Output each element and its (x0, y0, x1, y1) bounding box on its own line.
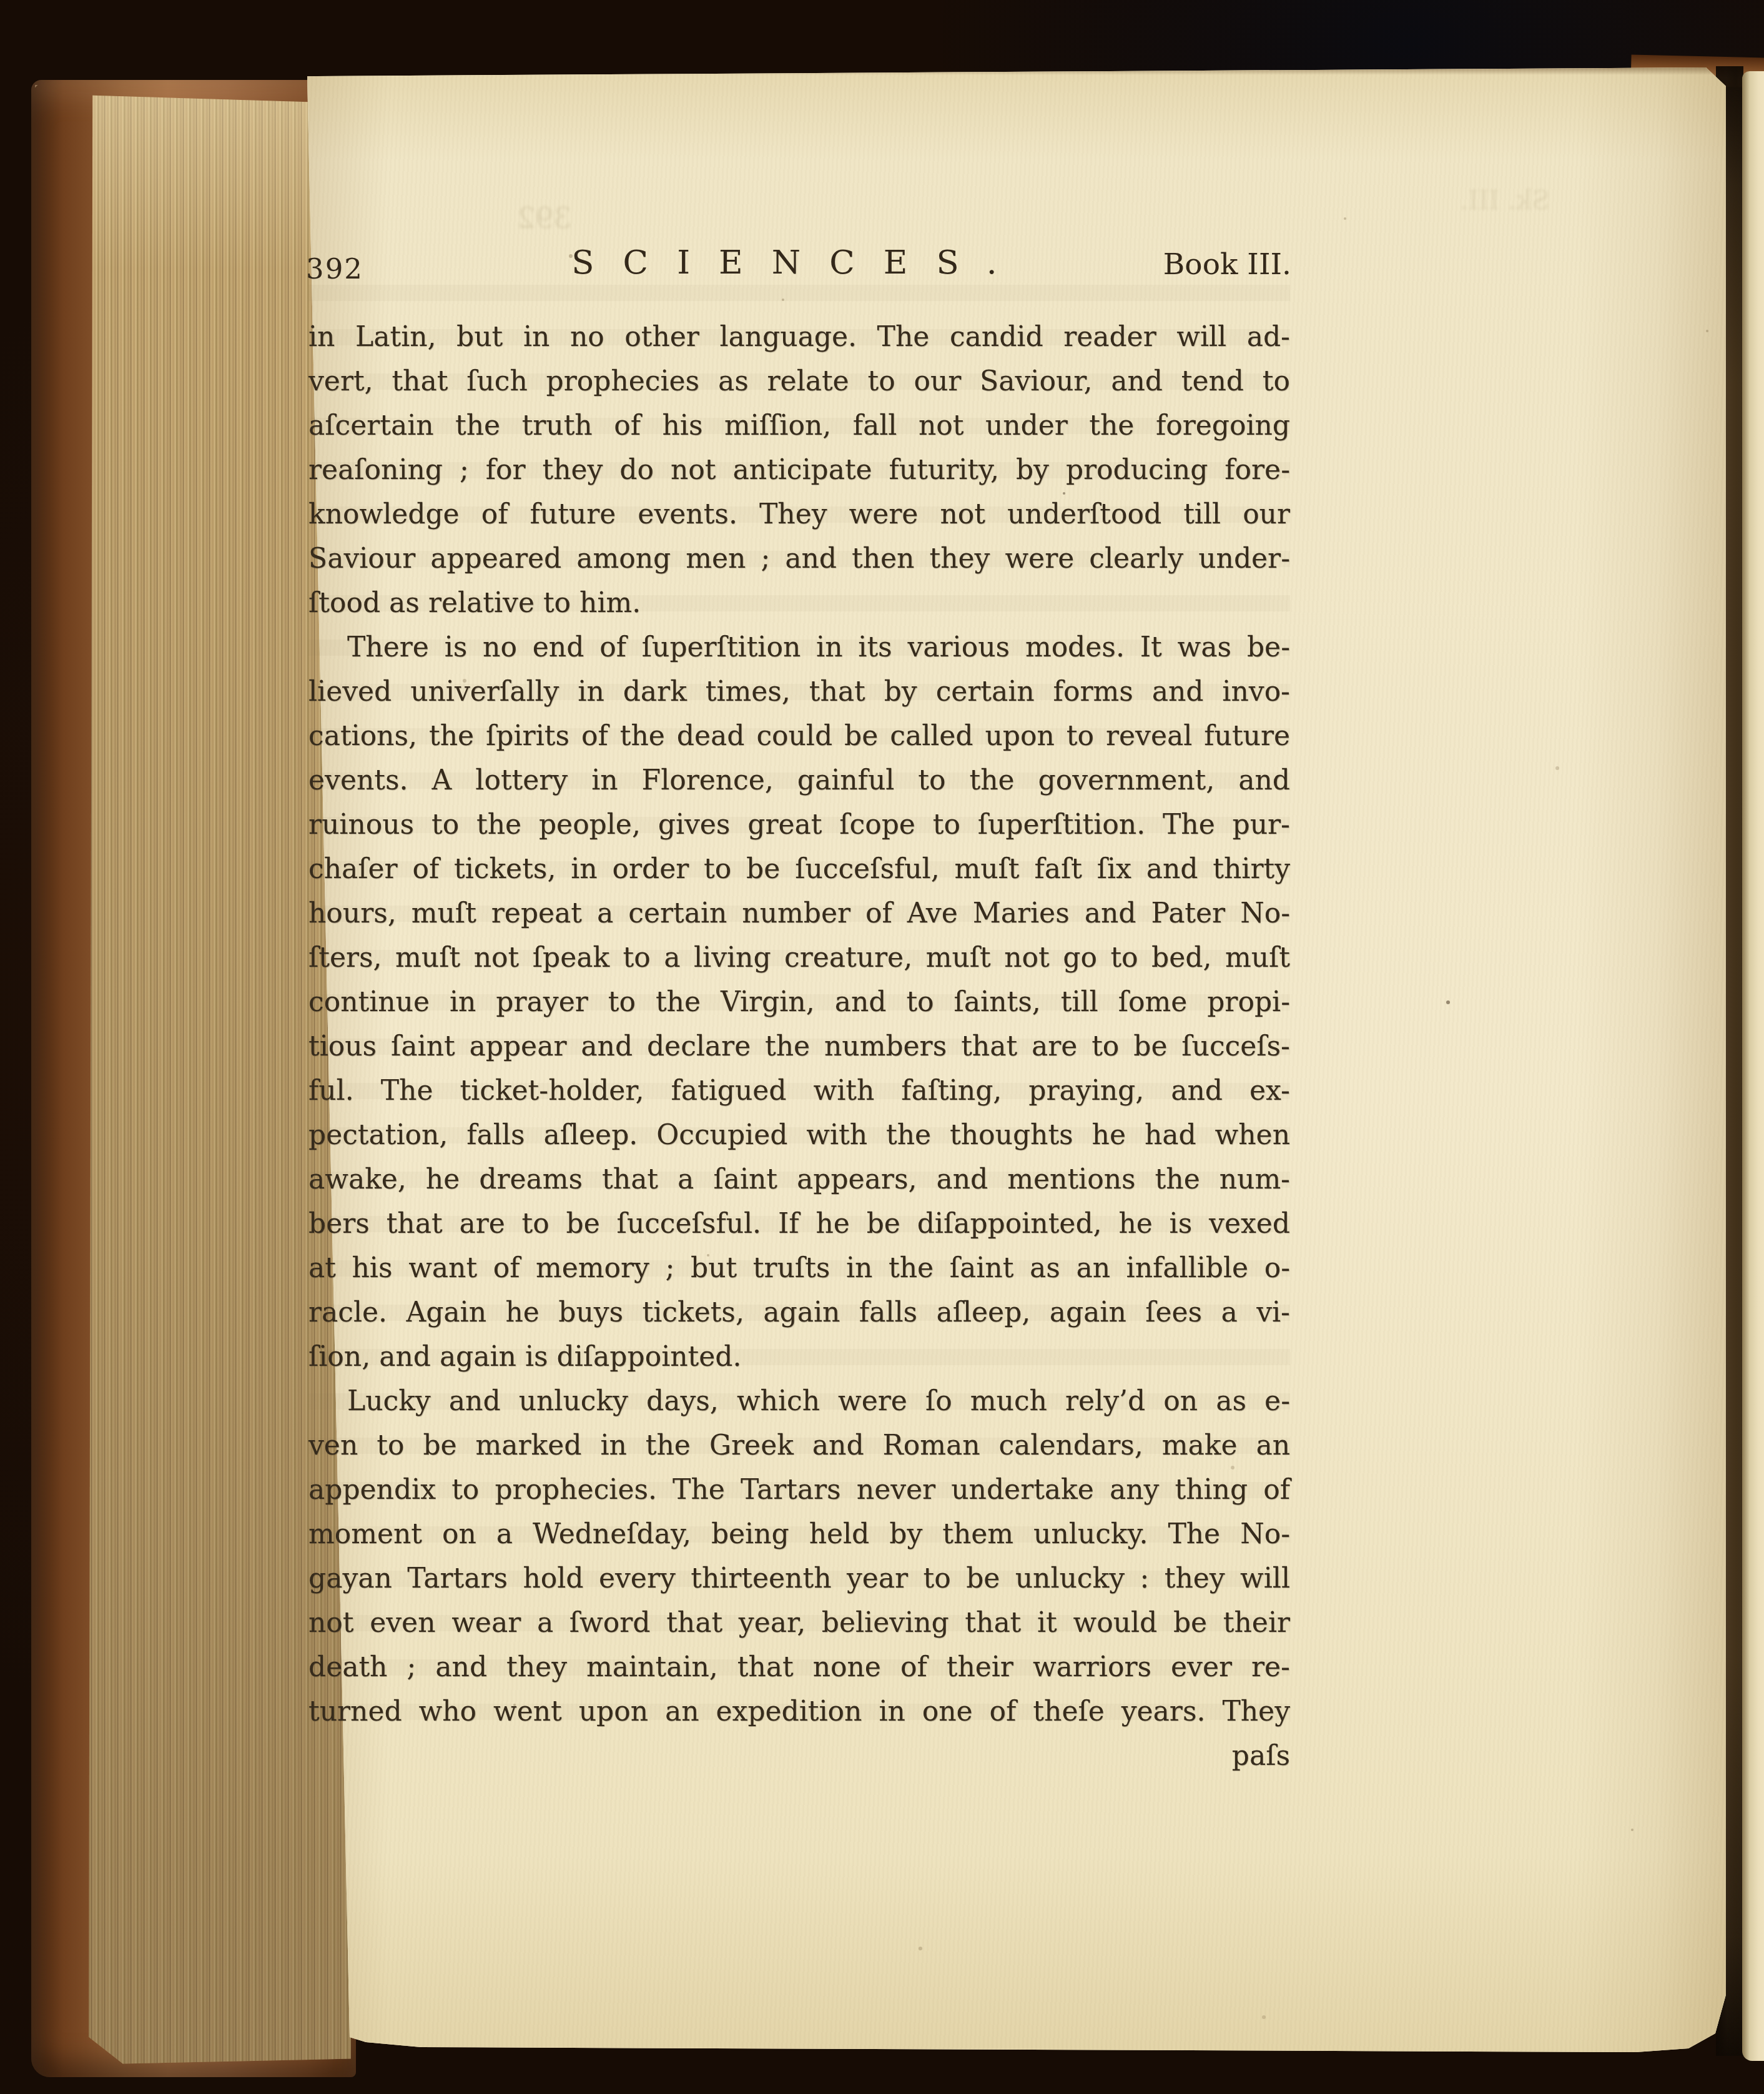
text-line: continue in prayer to the Virgin, and to… (308, 980, 1290, 1024)
text-line: reaſoning ; for they do not anticipate f… (308, 448, 1290, 492)
page-number: 392 (306, 252, 363, 285)
running-title: SCIENCES. (571, 244, 1025, 282)
text-line: awake, he dreams that a ſaint appears, a… (308, 1157, 1290, 1202)
text-line: hours, muſt repeat a certain number of A… (308, 891, 1290, 936)
text-line: ruinous to the people, gives great ſcope… (308, 803, 1290, 847)
text-line: vert, that ſuch prophecies as relate to … (308, 359, 1290, 403)
text-line: ful. The ticket-holder, fatigued with fa… (308, 1069, 1290, 1113)
text-line: knowledge of future events. They were no… (308, 492, 1290, 536)
text-line: ſtood as relative to him. (308, 581, 1290, 625)
text-line: chaſer of tickets, in order to be ſucceſ… (308, 847, 1290, 891)
text-line: cations, the ſpirits of the dead could b… (308, 714, 1290, 758)
text-line: ſion, and again is diſappointed. (308, 1335, 1290, 1379)
text-line: appendix to prophecies. The Tartars neve… (308, 1468, 1290, 1512)
text-line: racle. Again he buys tickets, again fall… (308, 1290, 1290, 1335)
page-header: 392 SCIENCES. Book III. (306, 244, 1291, 287)
book-cover-edge (31, 80, 356, 2077)
text-line: events. A lottery in Florence, gainful t… (308, 758, 1290, 803)
text-line: There is no end of ſuperſtition in its v… (308, 625, 1290, 669)
facing-page-sliver (1742, 71, 1764, 2061)
text-line: turned who went upon an expedition in on… (308, 1689, 1290, 1734)
text-line: Saviour appeared among men ; and then th… (308, 536, 1290, 581)
book-label: Book III. (1163, 247, 1291, 282)
catchword: paſs (308, 1734, 1290, 1778)
text-line: at his want of memory ; but truſts in th… (308, 1246, 1290, 1290)
text-line: gayan Tartars hold every thirteenth year… (308, 1556, 1290, 1601)
text-line: tious ſaint appear and declare the numbe… (308, 1024, 1290, 1069)
text-line: aſcertain the truth of his miſſion, fall… (308, 403, 1290, 448)
text-line: moment on a Wedneſday, being held by the… (308, 1512, 1290, 1556)
text-line: in Latin, but in no other language. The … (308, 315, 1290, 359)
text-line: pectation, falls aſleep. Occupied with t… (308, 1113, 1290, 1157)
text-line: not even wear a ſword that year, believi… (308, 1601, 1290, 1645)
text-line: Lucky and unlucky days, which were ſo mu… (308, 1379, 1290, 1423)
book-photo-scene: 392 Sk. III. 392 SCIENCES. Book III. in … (0, 0, 1764, 2094)
body-text: in Latin, but in no other language. The … (308, 315, 1290, 1778)
text-line: bers that are to be ſucceſsful. If he be… (308, 1202, 1290, 1246)
text-line: lieved univerſally in dark times, that b… (308, 669, 1290, 714)
paper-specks (307, 67, 310, 70)
text-line: death ; and they maintain, that none of … (308, 1645, 1290, 1689)
text-line: ven to be marked in the Greek and Roman … (308, 1423, 1290, 1468)
text-line: ſters, muſt not ſpeak to a living creatu… (308, 936, 1290, 980)
